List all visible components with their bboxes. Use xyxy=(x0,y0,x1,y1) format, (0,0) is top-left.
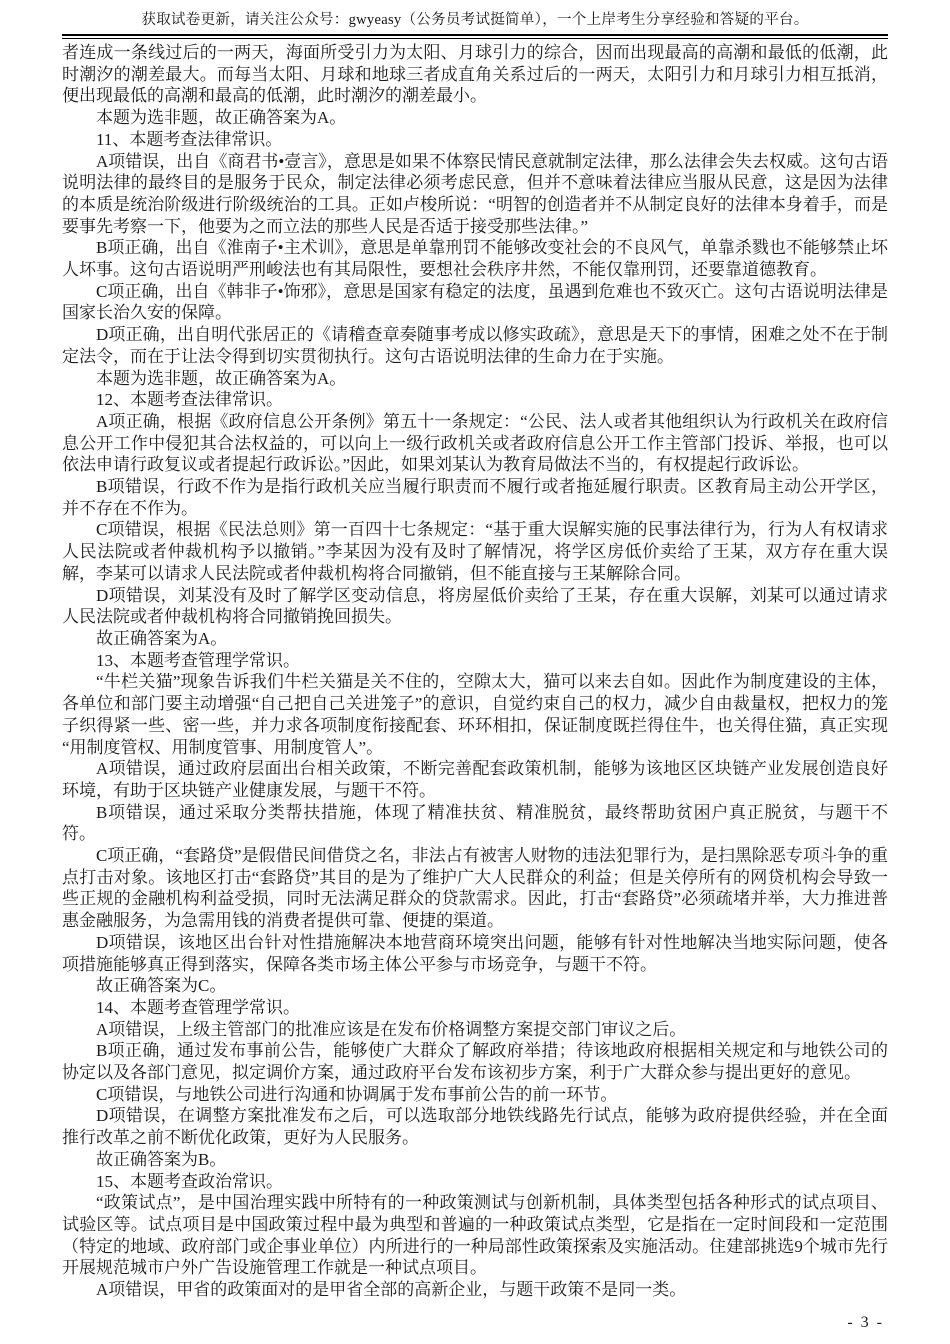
paragraph: 者连成一条线过后的一两天，海面所受引力为太阳、月球引力的综合，因而出现最高的高潮… xyxy=(62,42,888,107)
paragraph: 故正确答案为C。 xyxy=(62,975,888,997)
document-body: 者连成一条线过后的一两天，海面所受引力为太阳、月球引力的综合，因而出现最高的高潮… xyxy=(62,42,888,1301)
paragraph: 13、本题考查管理学常识。 xyxy=(62,650,888,672)
paragraph: 故正确答案为B。 xyxy=(62,1149,888,1171)
paragraph: A项错误，通过政府层面出台相关政策，不断完善配套政策机制，能够为该地区区块链产业… xyxy=(62,758,888,801)
paragraph: D项错误，刘某没有及时了解学区变动信息，将房屋低价卖给了王某，存在重大误解，刘某… xyxy=(62,585,888,628)
paragraph: “政策试点”，是中国治理实践中所特有的一种政策测试与创新机制，具体类型包括各种形… xyxy=(62,1192,888,1279)
paragraph: D项错误，在调整方案批准发布之后，可以选取部分地铁线路先行试点，能够为政府提供经… xyxy=(62,1105,888,1148)
paragraph: A项错误，出自《商君书•壹言》，意思是如果不体察民情民意就制定法律，那么法律会失… xyxy=(62,151,888,238)
paragraph: 11、本题考查法律常识。 xyxy=(62,129,888,151)
paragraph: 15、本题考查政治常识。 xyxy=(62,1171,888,1193)
paragraph: 本题为选非题，故正确答案为A。 xyxy=(62,107,888,129)
paragraph: C项错误，根据《民法总则》第一百四十七条规定：“基于重大误解实施的民事法律行为，… xyxy=(62,519,888,584)
paragraph: 故正确答案为A。 xyxy=(62,628,888,650)
paragraph: C项正确，出自《韩非子•饰邪》，意思是国家有稳定的法度，虽遇到危难也不致灭亡。这… xyxy=(62,281,888,324)
paragraph: 12、本题考查法律常识。 xyxy=(62,389,888,411)
paragraph: B项正确，通过发布事前公告，能够使广大群众了解政府举措；待该地政府根据相关规定和… xyxy=(62,1040,888,1083)
page-number: - 3 - xyxy=(847,1314,884,1332)
paragraph: 本题为选非题，故正确答案为A。 xyxy=(62,368,888,390)
paragraph: A项错误，上级主管部门的批准应该是在发布价格调整方案提交部门审议之后。 xyxy=(62,1019,888,1041)
paragraph: D项错误，该地区出台针对性措施解决本地营商环境突出问题，能够有针对性地解决当地实… xyxy=(62,932,888,975)
header-divider xyxy=(62,34,888,39)
paragraph: C项正确，“套路贷”是假借民间借贷之名，非法占有被害人财物的违法犯罪行为，是扫黑… xyxy=(62,845,888,932)
paragraph: A项错误，甲省的政策面对的是甲省全部的高新企业，与题干政策不是同一类。 xyxy=(62,1279,888,1301)
document-page: 获取试卷更新，请关注公众号：gwyeasy（公务员考试挺简单），一个上岸考生分享… xyxy=(0,0,950,1344)
paragraph: B项正确，出自《淮南子•主术训》，意思是单靠刑罚不能够改变社会的不良风气，单靠杀… xyxy=(62,237,888,280)
paragraph: D项正确，出自明代张居正的《请稽查章奏随事考成以修实政疏》，意思是天下的事情，困… xyxy=(62,324,888,367)
paragraph: “牛栏关猫”现象告诉我们牛栏关猫是关不住的，空隙太大，猫可以来去自如。因此作为制… xyxy=(62,671,888,758)
paragraph: A项正确，根据《政府信息公开条例》第五十一条规定：“公民、法人或者其他组织认为行… xyxy=(62,411,888,476)
paragraph: B项错误，行政不作为是指行政机关应当履行职责而不履行或者拖延履行职责。区教育局主… xyxy=(62,476,888,519)
paragraph: 14、本题考查管理学常识。 xyxy=(62,997,888,1019)
header-notice: 获取试卷更新，请关注公众号：gwyeasy（公务员考试挺简单），一个上岸考生分享… xyxy=(0,0,950,30)
paragraph: C项错误，与地铁公司进行沟通和协调属于发布事前公告的前一环节。 xyxy=(62,1084,888,1106)
paragraph: B项错误，通过采取分类帮扶措施，体现了精准扶贫、精准脱贫，最终帮助贫困户真正脱贫… xyxy=(62,802,888,845)
